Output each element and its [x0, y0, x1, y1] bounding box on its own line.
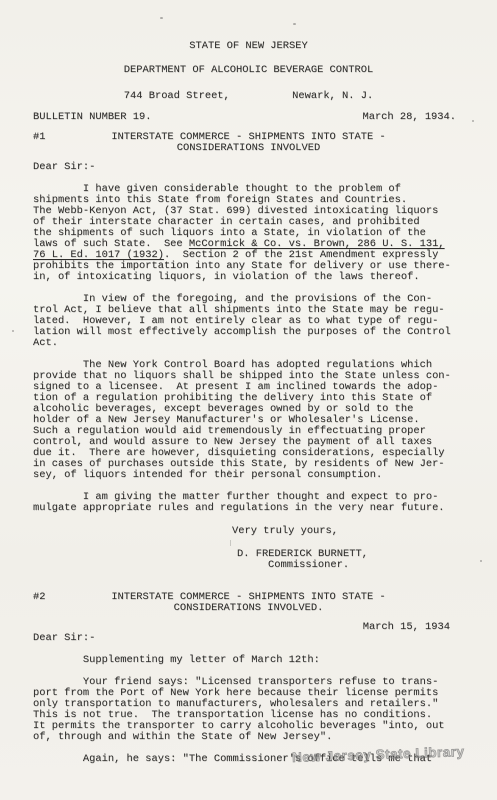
section1-paragraph-1: I have given considerable thought to the… — [33, 184, 464, 283]
scan-noise-dot — [472, 120, 474, 122]
scan-noise-dot — [480, 560, 482, 562]
section1-heading: #1 INTERSTATE COMMERCE - SHIPMENTS INTO … — [33, 132, 464, 154]
section2-number: #2 — [33, 592, 45, 603]
signature-title: Commissioner. — [268, 560, 464, 571]
doc-title-state: STATE OF NEW JERSEY — [33, 41, 464, 52]
document-page: STATE OF NEW JERSEY DEPARTMENT OF ALCOHO… — [0, 0, 497, 800]
section2-heading: #2 INTERSTATE COMMERCE - SHIPMENTS INTO … — [33, 592, 464, 614]
section1-paragraph-2: In view of the foregoing, and the provis… — [33, 294, 464, 349]
section1-paragraph-4: I am giving the matter further thought a… — [33, 492, 464, 514]
section1-salutation: Dear Sir:- — [33, 162, 464, 173]
scan-noise-dot — [12, 330, 14, 332]
scan-noise-dot — [228, 470, 230, 473]
document-content: STATE OF NEW JERSEY DEPARTMENT OF ALCOHO… — [0, 0, 497, 765]
section1-paragraph-3: The New York Control Board has adopted r… — [33, 360, 464, 481]
scan-noise-dot — [230, 540, 231, 546]
bulletin-number: BULLETIN NUMBER 19. — [33, 112, 151, 123]
section2-title-line2: CONSIDERATIONS INVOLVED. — [33, 603, 464, 614]
section2-salutation: Dear Sir:- — [33, 633, 464, 644]
section1-title: INTERSTATE COMMERCE - SHIPMENTS INTO STA… — [33, 132, 464, 154]
section1-title-line2: CONSIDERATIONS INVOLVED — [33, 143, 464, 154]
scan-noise-dot — [293, 23, 296, 25]
scan-noise-dot — [160, 17, 163, 19]
doc-title-department: DEPARTMENT OF ALCOHOLIC BEVERAGE CONTROL — [33, 65, 464, 76]
bulletin-date: March 28, 1934. — [362, 112, 456, 123]
section1-number: #1 — [33, 132, 45, 143]
section2-paragraph-2: Your friend says: "Licensed transporters… — [33, 677, 464, 743]
section2-paragraph-1: Supplementing my letter of March 12th: — [33, 655, 464, 666]
section2-date: March 15, 1934 — [33, 622, 464, 633]
doc-address-line: 744 Broad Street, Newark, N. J. — [33, 91, 464, 102]
bulletin-header-row: BULLETIN NUMBER 19. March 28, 1934. — [33, 112, 464, 123]
closing-valediction: Very truly yours, — [232, 526, 464, 537]
section2-title: INTERSTATE COMMERCE - SHIPMENTS INTO STA… — [33, 592, 464, 614]
